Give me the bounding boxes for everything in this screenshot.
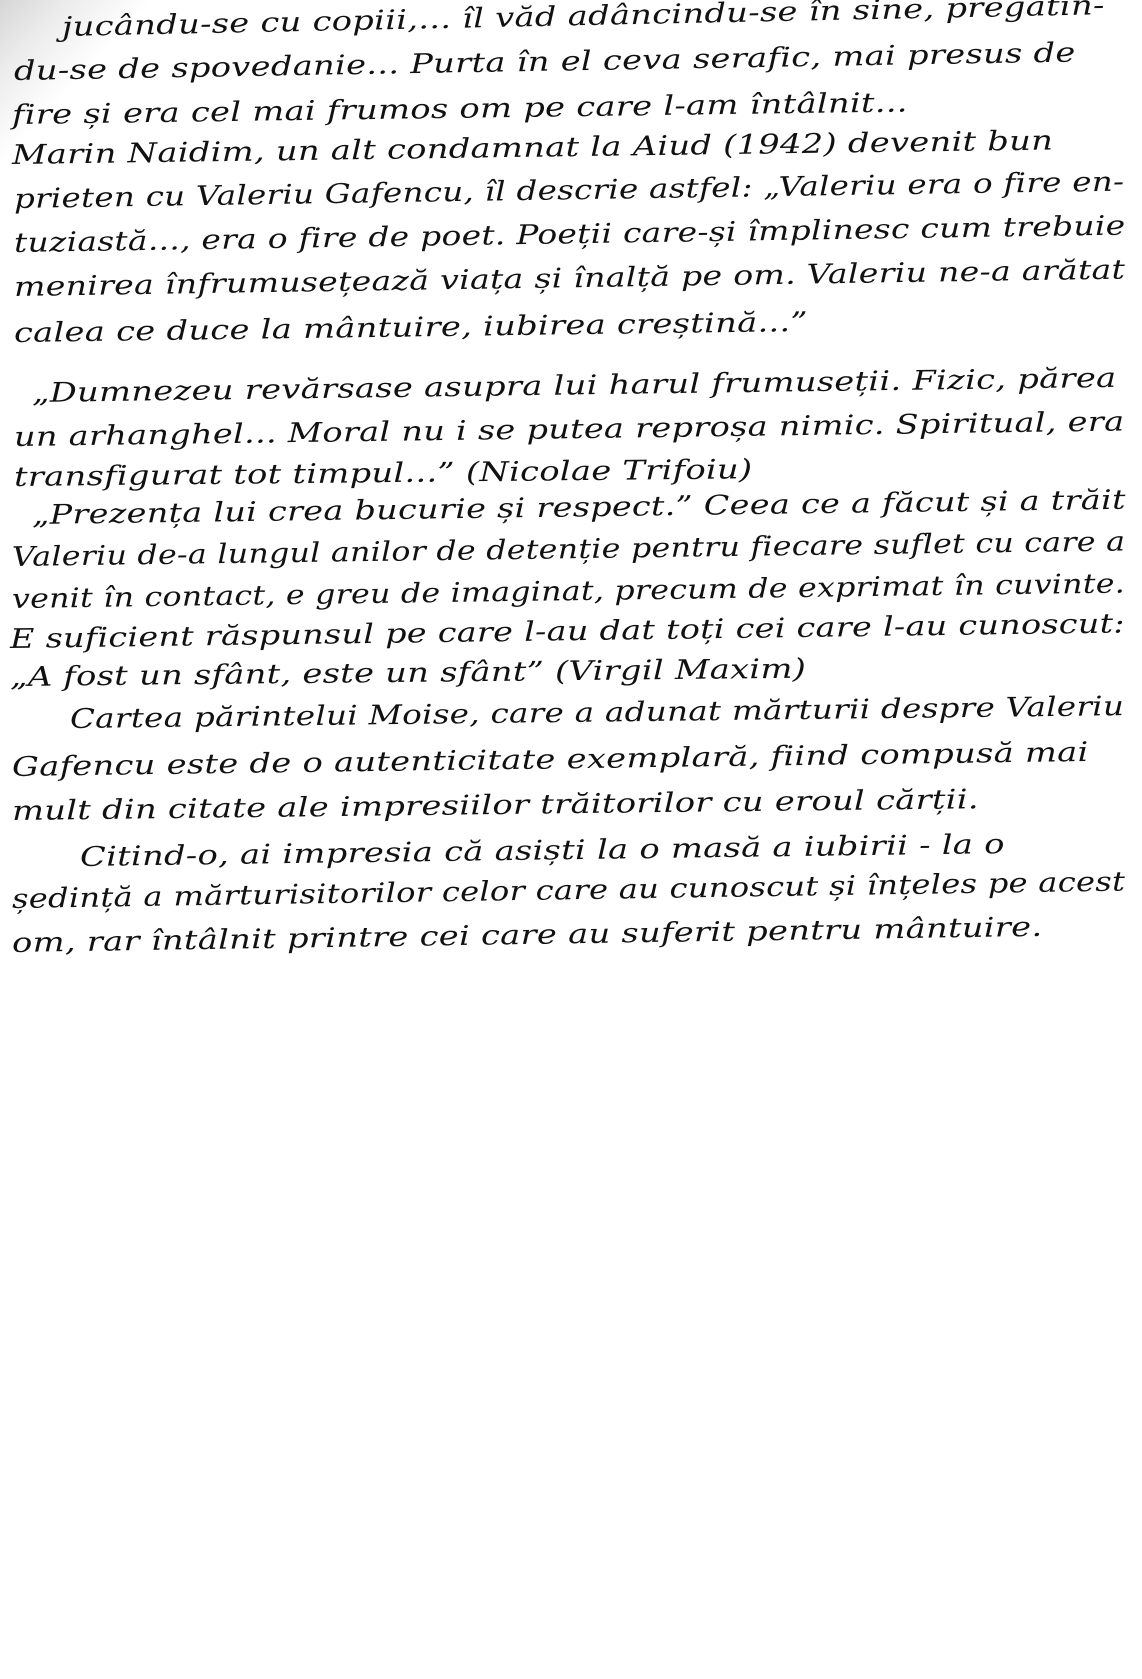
text-line: fire și era cel mai frumos om pe care l-… <box>12 87 908 131</box>
text-line: E suficient răspunsul pe care l-au dat t… <box>10 608 1125 655</box>
text-line: prieten cu Valeriu Gafencu, îl descrie a… <box>14 167 1125 215</box>
text-line: „A fost un sfânt, este un sfânt” (Virgil… <box>10 654 806 693</box>
text-line: Gafencu este de o autenticitate exemplar… <box>12 737 1089 783</box>
text-line: du-se de spovedanie... Purta în el ceva … <box>14 37 1076 87</box>
text-line: tuziastă..., era o fire de poet. Poeții … <box>14 211 1126 259</box>
text-line: „Dumnezeu revărsase asupra lui harul fru… <box>32 363 1117 409</box>
text-line: Citind-o, ai impresia că asiști la o mas… <box>80 829 1005 873</box>
text-line: „Prezența lui crea bucurie și respect.” … <box>32 485 1126 531</box>
text-line: ședință a mărturisitorilor celor care au… <box>12 867 1126 915</box>
text-line: venit în contact, e greu de imaginat, pr… <box>12 568 1125 615</box>
text-line: om, rar întâlnit printre cei care au suf… <box>12 912 1043 959</box>
text-line: jucându-se cu copiii,... îl văd adâncind… <box>62 0 1105 43</box>
text-line: un arhanghel... Moral nu i se putea repr… <box>14 406 1125 453</box>
handwritten-page: jucându-se cu copiii,... îl văd adâncind… <box>0 0 1142 1679</box>
text-line: transfigurat tot timpul...” (Nicolae Tri… <box>14 454 753 493</box>
text-line: Valeriu de-a lungul anilor de detenție p… <box>12 526 1126 573</box>
text-line: calea ce duce la mântuire, iubirea creșt… <box>14 307 808 349</box>
text-line: menirea înfrumusețează viața și înalță p… <box>14 255 1126 303</box>
text-line: Cartea părintelui Moise, care a adunat m… <box>70 691 1125 735</box>
text-line: mult din citate ale impresiilor trăitori… <box>12 784 979 827</box>
text-line: Marin Naidim, un alt condamnat la Aiud (… <box>12 125 1054 171</box>
